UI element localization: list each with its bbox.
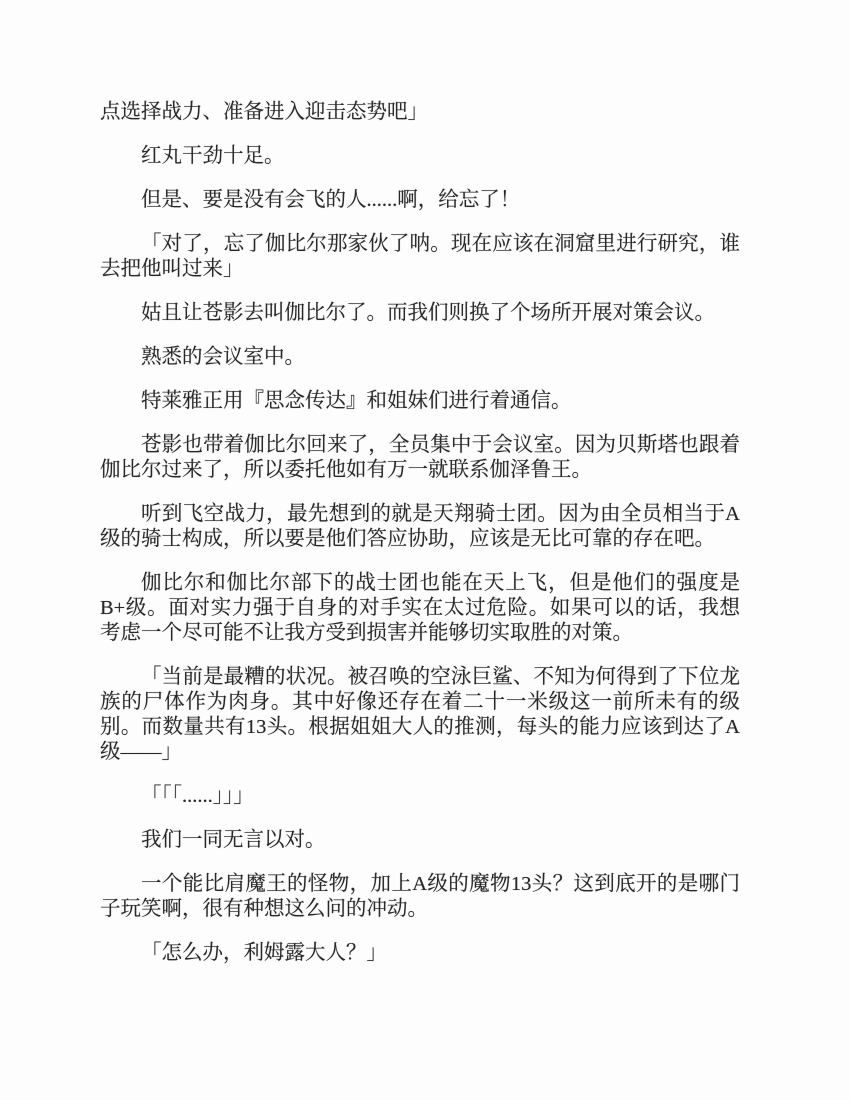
page: 点选择战力、准备进入迎击态势吧」红丸干劲十足。但是、要是没有会飞的人......…: [0, 0, 850, 1100]
text-line: 子玩笑啊，很有种想这么问的冲动。: [100, 897, 740, 922]
text-line: 熟悉的会议室中。: [100, 345, 740, 370]
text-block: 点选择战力、准备进入迎击态势吧」红丸干劲十足。但是、要是没有会飞的人......…: [100, 100, 740, 966]
paragraph: 伽比尔和伽比尔部下的战士团也能在天上飞，但是他们的强度是B+级。面对实力强于自身…: [100, 571, 740, 646]
text-line: 一个能比肩魔王的怪物，加上A级的魔物13头？这到底开的是哪门: [100, 872, 740, 897]
text-line: 伽比尔过来了，所以委托他如有万一就联系伽泽鲁王。: [100, 458, 740, 483]
text-line: 姑且让苍影去叫伽比尔了。而我们则换了个场所开展对策会议。: [100, 301, 740, 326]
text-line: 「对了，忘了伽比尔那家伙了呐。现在应该在洞窟里进行研究，谁: [100, 232, 740, 257]
text-line: 去把他叫过来」: [100, 257, 740, 282]
paragraph: 「对了，忘了伽比尔那家伙了呐。现在应该在洞窟里进行研究，谁去把他叫过来」: [100, 232, 740, 282]
text-line: 点选择战力、准备进入迎击态势吧」: [100, 100, 740, 125]
paragraph: 我们一同无言以对。: [100, 828, 740, 853]
paragraph: 红丸干劲十足。: [100, 144, 740, 169]
text-line: 级——」: [100, 740, 740, 765]
text-line: 级的骑士构成，所以要是他们答应协助，应该是无比可靠的存在吧。: [100, 527, 740, 552]
paragraph: 姑且让苍影去叫伽比尔了。而我们则换了个场所开展对策会议。: [100, 301, 740, 326]
paragraph: 但是、要是没有会飞的人......啊，给忘了！: [100, 188, 740, 213]
paragraph: 听到飞空战力，最先想到的就是天翔骑士团。因为由全员相当于A级的骑士构成，所以要是…: [100, 502, 740, 552]
text-line: 伽比尔和伽比尔部下的战士团也能在天上飞，但是他们的强度是: [100, 571, 740, 596]
text-line: 族的尸体作为肉身。其中好像还存在着二十一米级这一前所未有的级: [100, 690, 740, 715]
text-line: 但是、要是没有会飞的人......啊，给忘了！: [100, 188, 740, 213]
text-line: 「「「......」」」: [100, 784, 740, 809]
text-line: 听到飞空战力，最先想到的就是天翔骑士团。因为由全员相当于A: [100, 502, 740, 527]
text-line: 我们一同无言以对。: [100, 828, 740, 853]
paragraph: 苍影也带着伽比尔回来了，全员集中于会议室。因为贝斯塔也跟着伽比尔过来了，所以委托…: [100, 433, 740, 483]
text-line: 「当前是最糟的状况。被召唤的空泳巨鲨、不知为何得到了下位龙: [100, 665, 740, 690]
paragraph: 「当前是最糟的状况。被召唤的空泳巨鲨、不知为何得到了下位龙族的尸体作为肉身。其中…: [100, 665, 740, 765]
text-line: 红丸干劲十足。: [100, 144, 740, 169]
paragraph: 「「「......」」」: [100, 784, 740, 809]
text-line: 特莱雅正用『思念传达』和姐妹们进行着通信。: [100, 389, 740, 414]
paragraph: 一个能比肩魔王的怪物，加上A级的魔物13头？这到底开的是哪门子玩笑啊，很有种想这…: [100, 872, 740, 922]
text-line: 考虑一个尽可能不让我方受到损害并能够切实取胜的对策。: [100, 621, 740, 646]
paragraph: 点选择战力、准备进入迎击态势吧」: [100, 100, 740, 125]
text-line: 「怎么办，利姆露大人？」: [100, 941, 740, 966]
paragraph: 特莱雅正用『思念传达』和姐妹们进行着通信。: [100, 389, 740, 414]
text-line: B+级。面对实力强于自身的对手实在太过危险。如果可以的话，我想: [100, 596, 740, 621]
text-line: 苍影也带着伽比尔回来了，全员集中于会议室。因为贝斯塔也跟着: [100, 433, 740, 458]
paragraph: 熟悉的会议室中。: [100, 345, 740, 370]
text-line: 别。而数量共有13头。根据姐姐大人的推测，每头的能力应该到达了A: [100, 715, 740, 740]
paragraph: 「怎么办，利姆露大人？」: [100, 941, 740, 966]
